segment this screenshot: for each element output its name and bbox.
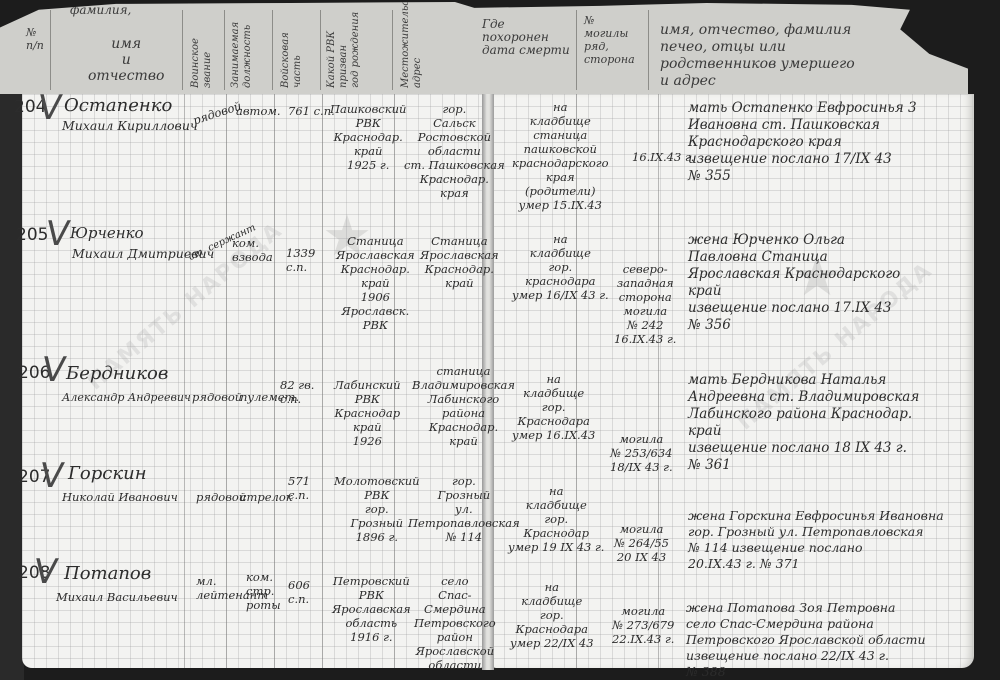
entry-unit: 1339 с.п. — [286, 246, 326, 274]
entry-conscripted: Пашковский РВК Краснодар. край 1925 г. — [330, 102, 406, 172]
entry-address: станица Владимировская Лабинского района… — [412, 364, 515, 448]
entry-relatives: мать Остапенко Евфросинья 3 Ивановна ст.… — [688, 100, 917, 185]
header-divider — [648, 10, 649, 90]
entry-grave: могила № 264/55 20 IX 43 — [614, 522, 669, 564]
entry-address: гор. Сальск Ростовской области ст. Пашко… — [404, 102, 505, 200]
entry-surname: Горскин — [68, 466, 147, 481]
header-divider — [320, 10, 321, 90]
entry-relatives: жена Потапова Зоя Петровна село Спас-Сме… — [686, 600, 926, 680]
entry-position: стрелок — [240, 490, 293, 504]
entry-rank: мл. лейтенант — [196, 574, 230, 602]
entry-burial: на кладбище станица пашковской краснодар… — [512, 100, 609, 212]
entry-conscripted: Лабинский РВК Краснодар край 1926 — [334, 378, 401, 448]
entry-position: автом. — [236, 104, 281, 118]
entry-position: ком. стр. роты — [246, 570, 282, 612]
column-line — [322, 94, 323, 668]
header-divider — [272, 10, 273, 90]
header-col-burial: Где похоронен дата смерти — [482, 18, 570, 57]
entry-rank: рядовой — [192, 390, 242, 404]
header-col-name: имя и отчество — [88, 36, 164, 84]
document-scan: № п/п фамилия, имя и отчество Воинское з… — [0, 0, 1000, 680]
entry-address: село Спас- Смердина Петровского район Яр… — [414, 574, 496, 672]
column-line — [658, 94, 659, 668]
entry-surname: Остапенко — [64, 98, 172, 113]
entry-grave: 16.IX.43 г. — [632, 150, 694, 164]
entry-name: Михаил Васильевич — [56, 590, 178, 605]
entry-name: Николай Иванович — [62, 490, 178, 505]
entry-surname: Бердников — [66, 366, 168, 381]
entry-conscripted: Петровский РВК Ярославская область 1916 … — [332, 574, 411, 644]
entry-unit: 606 с.п. — [288, 578, 318, 606]
entry-surname: Потапов — [64, 566, 151, 581]
entry-grave: могила № 273/679 22.IX.43 г. — [612, 604, 674, 646]
header-col-surname: фамилия, — [70, 4, 131, 17]
header-col-rank: Воинское звание — [190, 8, 214, 88]
header-divider — [392, 10, 393, 90]
entry-grave: северо- западная сторона могила № 242 16… — [614, 262, 676, 346]
header-col-number: № п/п — [26, 26, 44, 52]
header-col-relatives: имя, отчество, фамилия печео, отцы или р… — [660, 22, 855, 90]
entry-rank: рядовой — [196, 490, 246, 504]
entry-relatives: мать Бердникова Наталья Андреевна ст. Вл… — [688, 372, 919, 474]
entry-burial: на кладбище гор. краснодара умер 16/IX 4… — [512, 232, 609, 302]
header-col-position: Занимаемая должность — [230, 8, 254, 88]
header-col-unit: Войсковая часть — [280, 8, 304, 88]
entry-unit: 571 с.п. — [288, 474, 324, 502]
entry-grave: могила № 253/634 18/IX 43 г. — [610, 432, 673, 474]
entry-position: ком. взвода — [232, 236, 292, 264]
header-divider — [182, 10, 183, 90]
entry-relatives: жена Юрченко Ольга Павловна Станица Ярос… — [688, 232, 900, 334]
entry-name: Михаил Кириллович — [62, 118, 198, 133]
entry-burial: на кладбище гор. Краснодар умер 19 IX 43… — [508, 484, 604, 554]
entry-number: 205 — [16, 228, 48, 243]
header-col-birth: Какой РВК призван год рождения — [326, 8, 362, 88]
entry-address: Станица Ярославская Краснодар. край — [420, 234, 499, 290]
header-col-grave: № могилы ряд, сторона — [584, 14, 635, 66]
entry-burial: на кладбище гор. Краснодара умер 22/IX 4… — [510, 580, 594, 650]
entry-address: гор. Грозный ул. Петропавловская № 114 — [408, 474, 520, 544]
header-col-address: Местожительство адрес — [400, 8, 424, 88]
header-divider — [224, 10, 225, 90]
entry-conscripted: Станица Ярославская Краснодар. край 1906… — [336, 234, 415, 332]
entry-surname: Юрченко — [70, 226, 144, 241]
header-divider — [50, 10, 51, 90]
entry-burial: на кладбище гор. Краснодара умер 16.IX.4… — [512, 372, 595, 442]
header-divider — [576, 10, 577, 90]
book-edge — [0, 94, 24, 680]
column-line — [184, 94, 185, 668]
entry-unit: 82 гв. с.п. — [280, 378, 320, 406]
column-header-strip: № п/п фамилия, имя и отчество Воинское з… — [0, 0, 968, 98]
entry-conscripted: Молотовский РВК гор. Грозный 1896 г. — [334, 474, 420, 544]
entry-name: Александр Андреевич — [62, 390, 191, 405]
entry-relatives: жена Горскина Евфросинья Ивановна гор. Г… — [688, 508, 944, 572]
entry-unit: 761 с.п. — [288, 104, 335, 118]
